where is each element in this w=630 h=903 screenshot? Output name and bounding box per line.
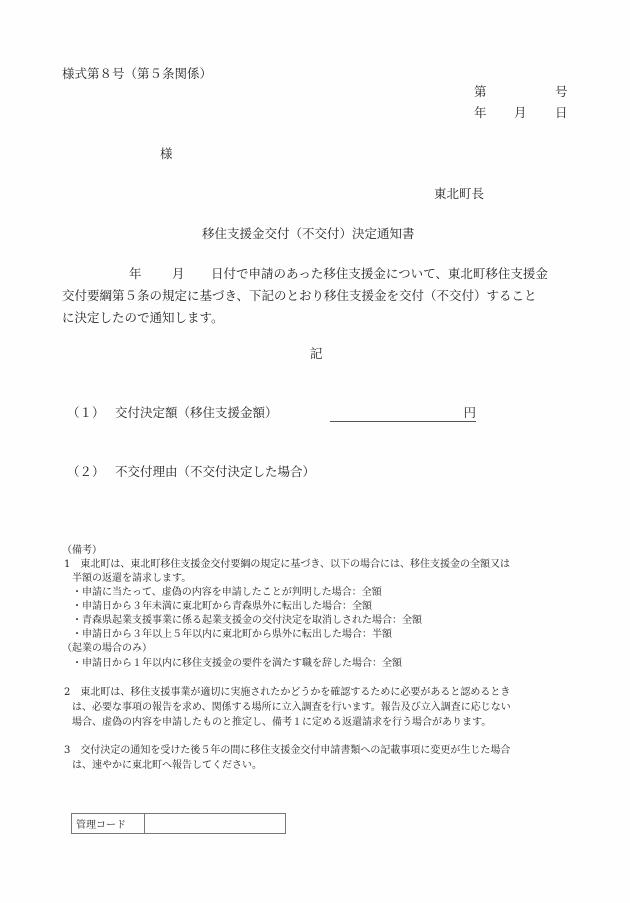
notes-heading: （備考） (62, 544, 102, 558)
item-1-number: （１） (67, 405, 105, 421)
addressee-suffix: 様 (160, 146, 173, 162)
item-2-label: 不交付理由（不交付決定した場合） (115, 464, 315, 480)
amount-field[interactable]: 円 (330, 405, 476, 422)
yen-unit: 円 (463, 405, 476, 421)
item-2-number: （２） (67, 464, 105, 480)
body-year-label: 年 (129, 263, 142, 285)
ki-heading: 記 (310, 346, 323, 362)
note-1-bullet: ・青森県起業支援事業に係る起業支援金の交付決定を取消しされた場合：全額 (72, 614, 422, 628)
note-1-sub-heading: （起業の場合のみ） (62, 642, 152, 656)
note-3-line1: 3 交付決定の通知を受けた後５年の間に移住支援金交付申請書類への記載事項に変更が… (64, 744, 510, 758)
form-number: 様式第８号（第５条関係） (62, 66, 212, 82)
note-1-bullet: ・申請に当たって、虚偽の内容を申請したことが判明した場合：全額 (72, 586, 382, 600)
note-1-line2: 半額の返還を請求します。 (72, 572, 191, 586)
item-1-label: 交付決定額（移住支援金額） (115, 405, 278, 421)
body-line3: に決定したので通知します。 (62, 307, 224, 329)
body-month-label: 月 (172, 263, 185, 285)
note-2-line2: は、必要な事項の報告を求め、関係する場所に立入調査を行います。報告及び立入調査に… (72, 701, 511, 715)
doc-number-prefix: 第 (474, 84, 487, 100)
date-day-label: 日 (555, 105, 568, 121)
issuer: 東北町長 (434, 186, 484, 202)
note-3-line2: は、速やかに東北町へ報告してください。 (72, 759, 262, 773)
management-code-field[interactable] (145, 814, 286, 834)
doc-number-suffix: 号 (555, 84, 568, 100)
management-code-label: 管理コード (72, 814, 145, 834)
note-1-sub-bullet: ・申請日から１年以内に移住支援金の要件を満たす職を辞した場合：全額 (72, 657, 402, 671)
date-month-label: 月 (514, 105, 527, 121)
note-2-line3: 場合、虚偽の内容を申請したものと推定し、備考１に定める返還請求を行う場合がありま… (72, 716, 491, 730)
body-line1: 日付で申請のあった移住支援金について、東北町移住支援金 (211, 263, 548, 285)
document-title: 移住支援金交付（不交付）決定通知書 (202, 226, 415, 242)
date-year-label: 年 (474, 105, 487, 121)
body-line2: 交付要綱第５条の規定に基づき、下記のとおり移住支援金を交付（不交付）すること (62, 285, 537, 307)
note-1-line1: 1 東北町は、東北町移住支援金交付要綱の規定に基づき、以下の場合には、移住支援金… (64, 558, 510, 572)
management-code-table: 管理コード (71, 813, 286, 834)
note-2-line1: 2 東北町は、移住支援事業が適切に実施されたかどうかを確認するために必要があると… (64, 686, 510, 700)
note-1-bullet: ・申請日から３年以上５年以内に東北町から県外に転出した場合：半額 (72, 628, 392, 642)
note-1-bullet: ・申請日から３年未満に東北町から青森県外に転出した場合：全額 (72, 600, 372, 614)
